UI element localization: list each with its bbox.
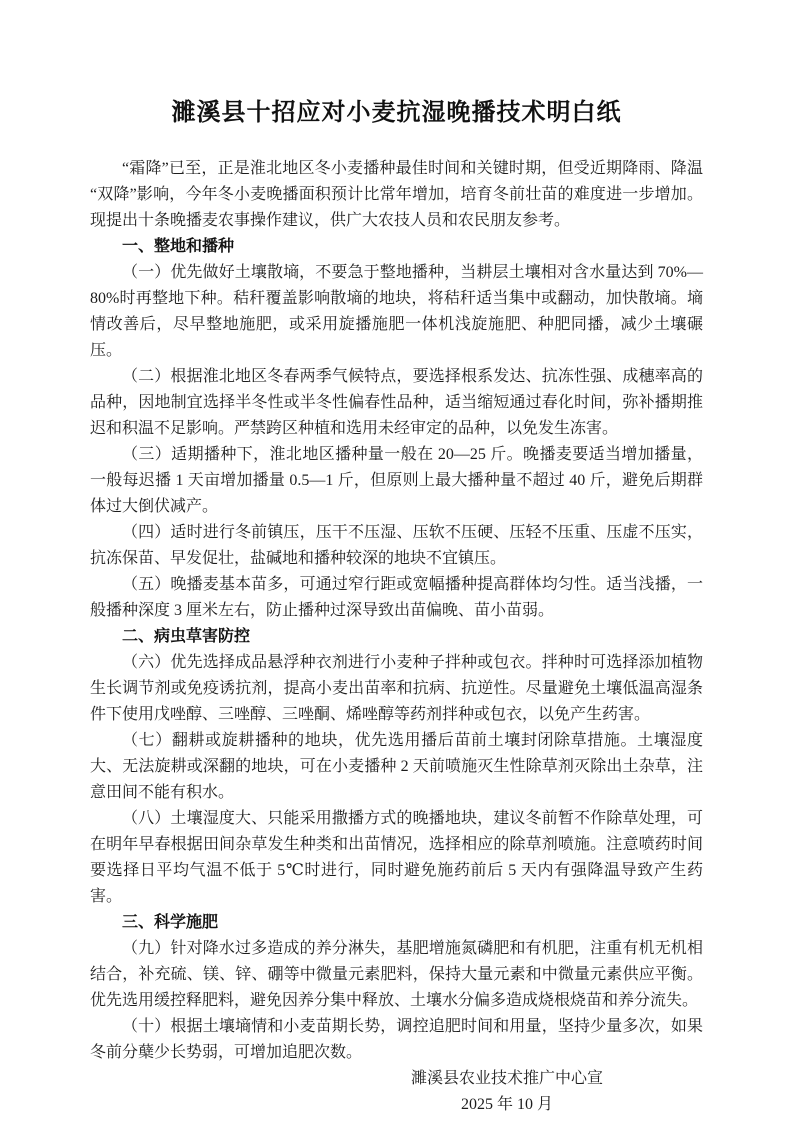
paragraph-item-8: （八）土壤湿度大、只能采用撒播方式的晚播地块，建议冬前暂不作除草处理，可在明年早… <box>90 806 703 910</box>
paragraph-item-10: （十）根据土壤墒情和小麦苗期长势，调控追肥时间和用量，坚持少量多次，如果冬前分蘖… <box>90 1014 703 1066</box>
section-3-heading: 三、科学施肥 <box>90 910 703 936</box>
intro-paragraph: “霜降”已至，正是淮北地区冬小麦播种最佳时间和关键时期，但受近期降雨、降温“双降… <box>90 156 703 234</box>
paragraph-item-5: （五）晚播麦基本苗多，可通过窄行距或宽幅播种提高群体均匀性。适当浅播，一般播种深… <box>90 572 703 624</box>
paragraph-item-1: （一）优先做好土壤散墒，不要急于整地播种，当耕层土壤相对含水量达到 70%—80… <box>90 260 703 364</box>
paragraph-item-9: （九）针对降水过多造成的养分淋失，基肥增施氮磷肥和有机肥，注重有机无机相结合，补… <box>90 936 703 1014</box>
paragraph-item-2: （二）根据淮北地区冬春两季气候特点，要选择根系发达、抗冻性强、成穗率高的品种，因… <box>90 364 703 442</box>
signature-block: 濉溪县农业技术推广中心宣 2025 年 10 月 <box>411 1066 603 1118</box>
document-body: “霜降”已至，正是淮北地区冬小麦播种最佳时间和关键时期，但受近期降雨、降温“双降… <box>90 156 703 1118</box>
paragraph-item-7: （七）翻耕或旋耕播种的地块，优先选用播后苗前土壤封闭除草措施。土壤湿度大、无法旋… <box>90 728 703 806</box>
paragraph-item-3: （三）适期播种下，淮北地区播种量一般在 20—25 斤。晚播麦要适当增加播量，一… <box>90 442 703 520</box>
section-1-heading: 一、整地和播种 <box>90 234 703 260</box>
document-title: 濉溪县十招应对小麦抗湿晚播技术明白纸 <box>90 97 703 129</box>
paragraph-item-4: （四）适时进行冬前镇压，压干不压湿、压软不压硬、压轻不压重、压虚不压实，抗冻保苗… <box>90 520 703 572</box>
paragraph-item-6: （六）优先选择成品悬浮种衣剂进行小麦种子拌种或包衣。拌种时可选择添加植物生长调节… <box>90 650 703 728</box>
date-line: 2025 年 10 月 <box>411 1092 603 1118</box>
signature-line: 濉溪县农业技术推广中心宣 <box>411 1066 603 1092</box>
section-2-heading: 二、病虫草害防控 <box>90 624 703 650</box>
document-page: 濉溪县十招应对小麦抗湿晚播技术明白纸 “霜降”已至，正是淮北地区冬小麦播种最佳时… <box>0 0 793 1122</box>
